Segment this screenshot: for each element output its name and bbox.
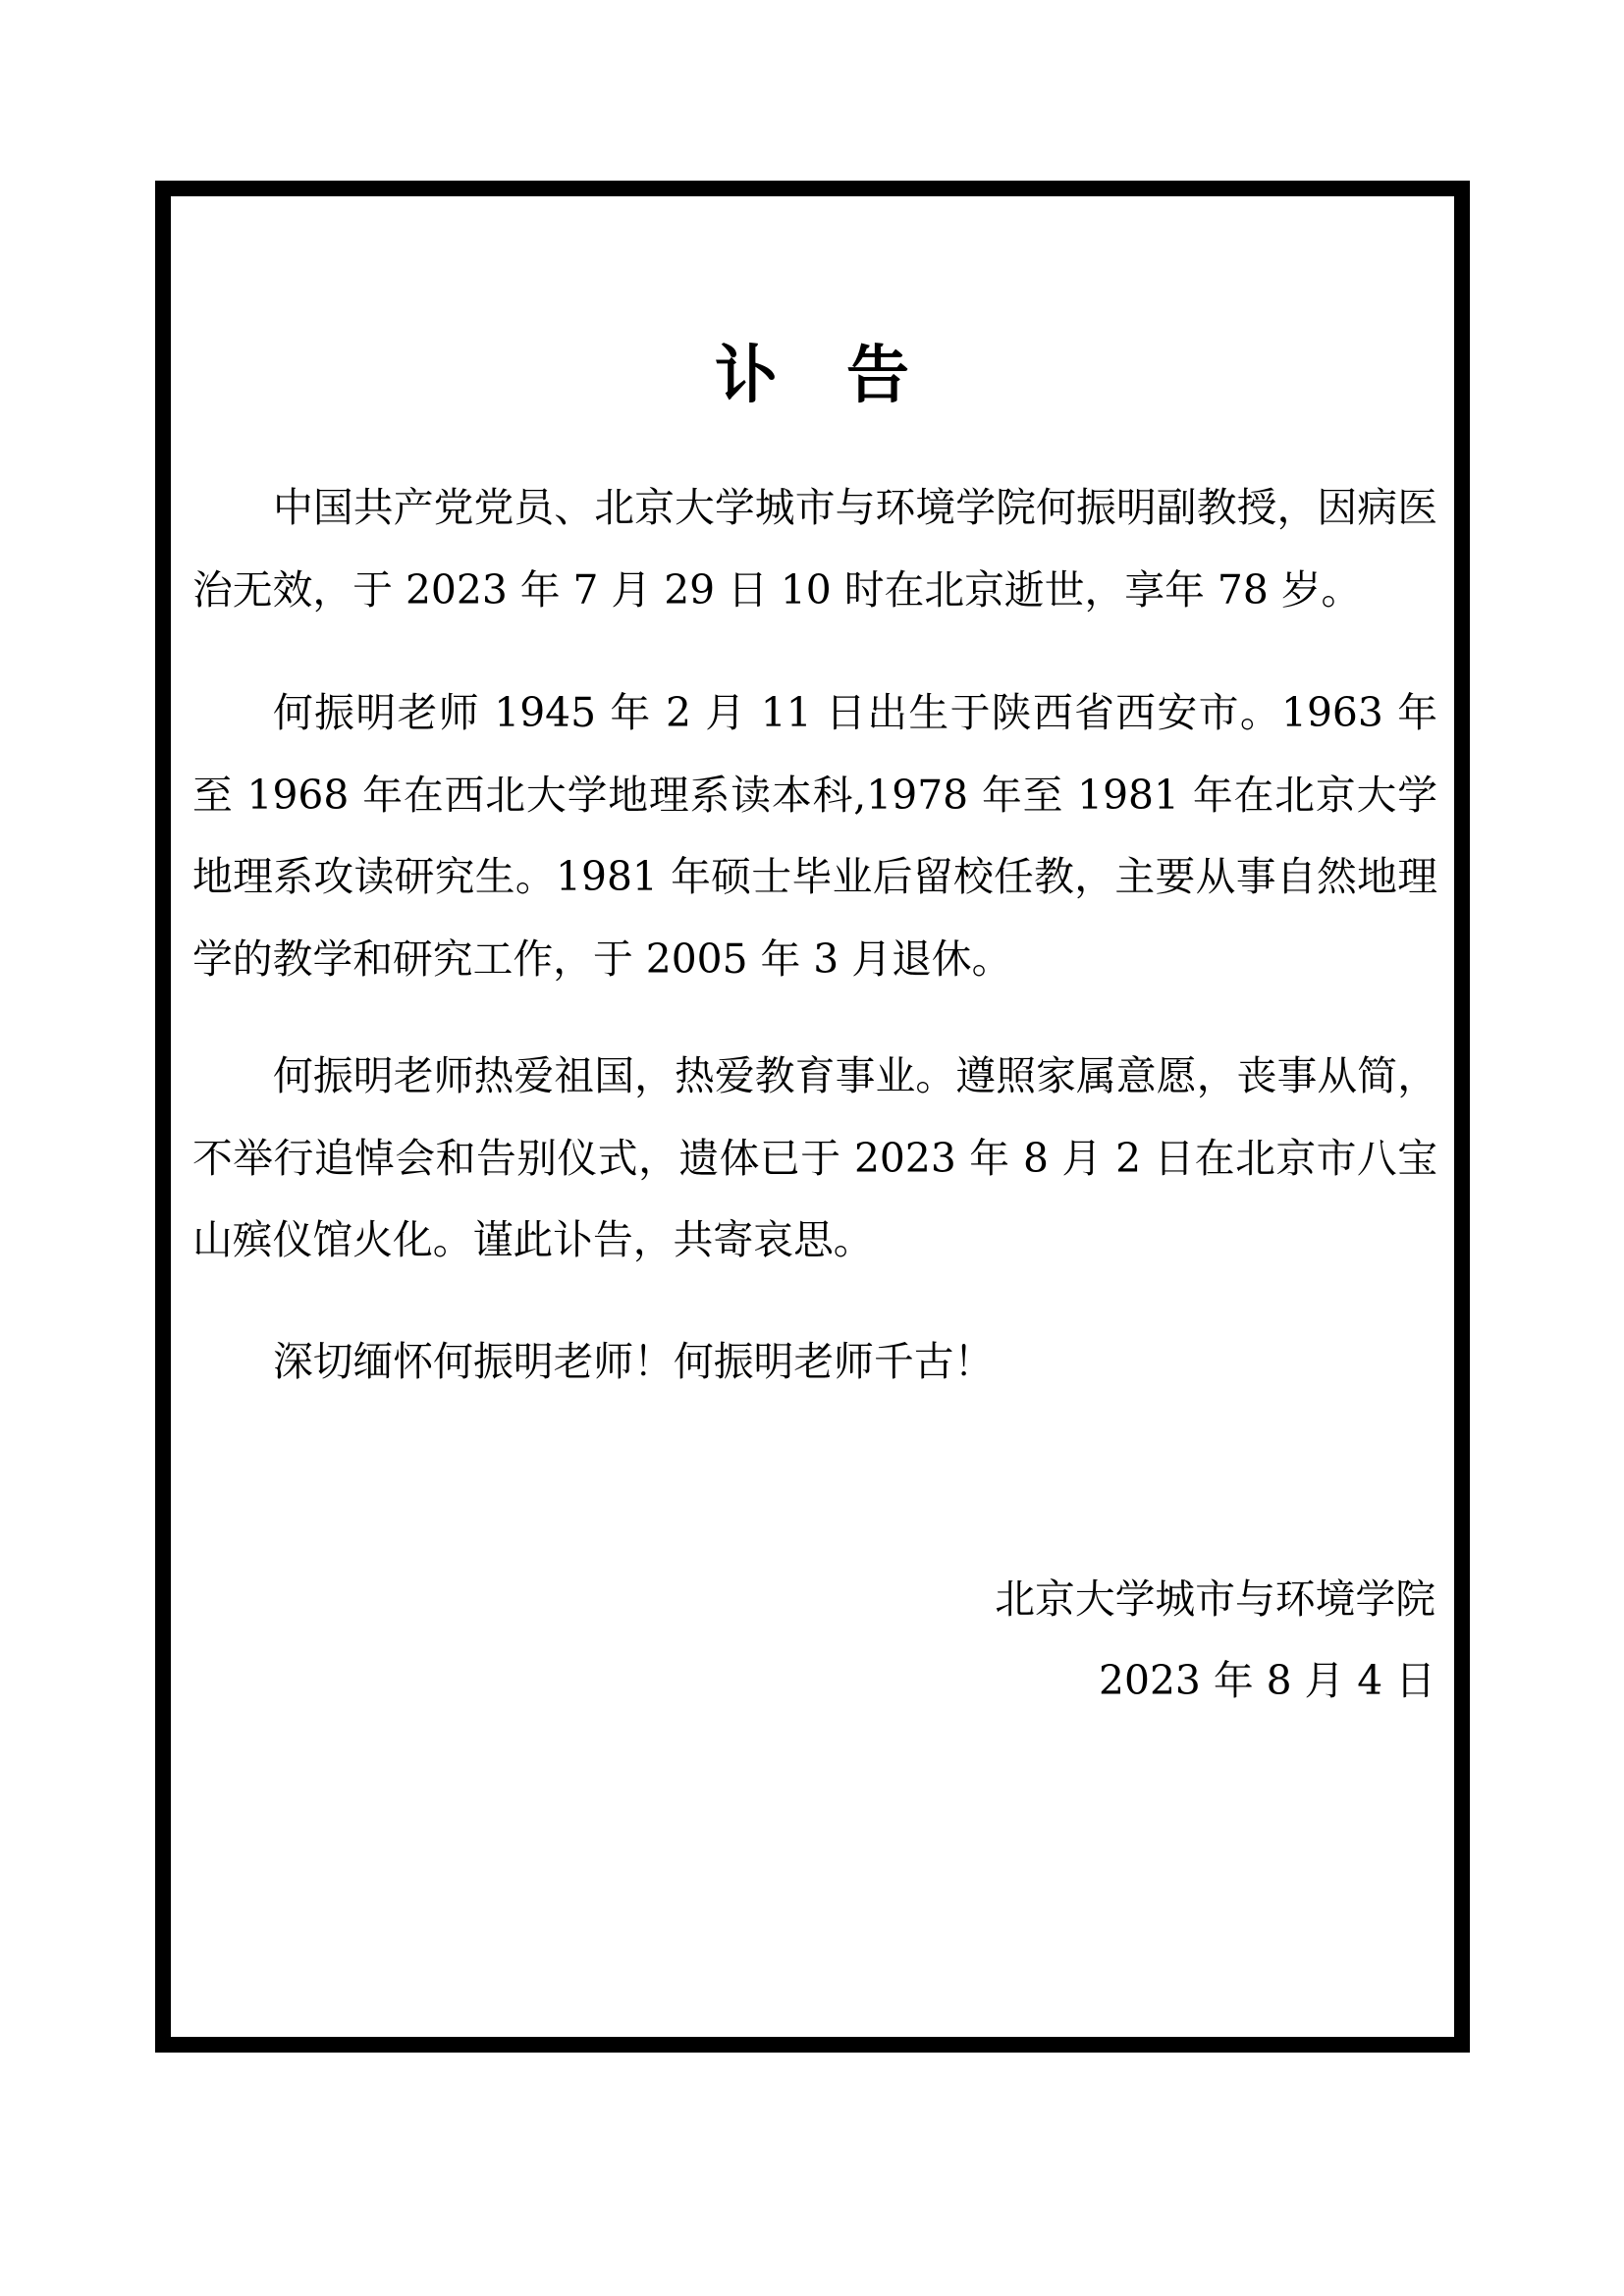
paragraph-text: 深切缅怀何振明老师！何振明老师千古！ [192, 1321, 1437, 1404]
title-char-1: 讣 [714, 342, 779, 410]
paragraph-text: 何振明老师 1945 年 2 月 11 日出生于陕西省西安市。1963 年至 1… [192, 672, 1437, 1000]
paragraph-announcement: 中国共产党党员、北京大学城市与环境学院何振明副教授，因病医治无效，于 2023 … [192, 467, 1437, 631]
paragraph-text: 中国共产党党员、北京大学城市与环境学院何振明副教授，因病医治无效，于 2023 … [192, 467, 1437, 631]
paragraph-biography: 何振明老师 1945 年 2 月 11 日出生于陕西省西安市。1963 年至 1… [192, 672, 1437, 1000]
title-char-2: 告 [845, 342, 910, 410]
signature-organization: 北京大学城市与环境学院 [995, 1559, 1435, 1641]
paragraph-funeral-arrangements: 何振明老师热爱祖国，热爱教育事业。遵照家属意愿，丧事从简，不举行追悼会和告别仪式… [192, 1036, 1437, 1282]
paragraph-tribute: 深切缅怀何振明老师！何振明老师千古！ [192, 1321, 1437, 1404]
obituary-title: 讣告 [0, 342, 1624, 410]
paragraph-text: 何振明老师热爱祖国，热爱教育事业。遵照家属意愿，丧事从简，不举行追悼会和告别仪式… [192, 1036, 1437, 1282]
signature-date: 2023 年 8 月 4 日 [1099, 1640, 1435, 1723]
